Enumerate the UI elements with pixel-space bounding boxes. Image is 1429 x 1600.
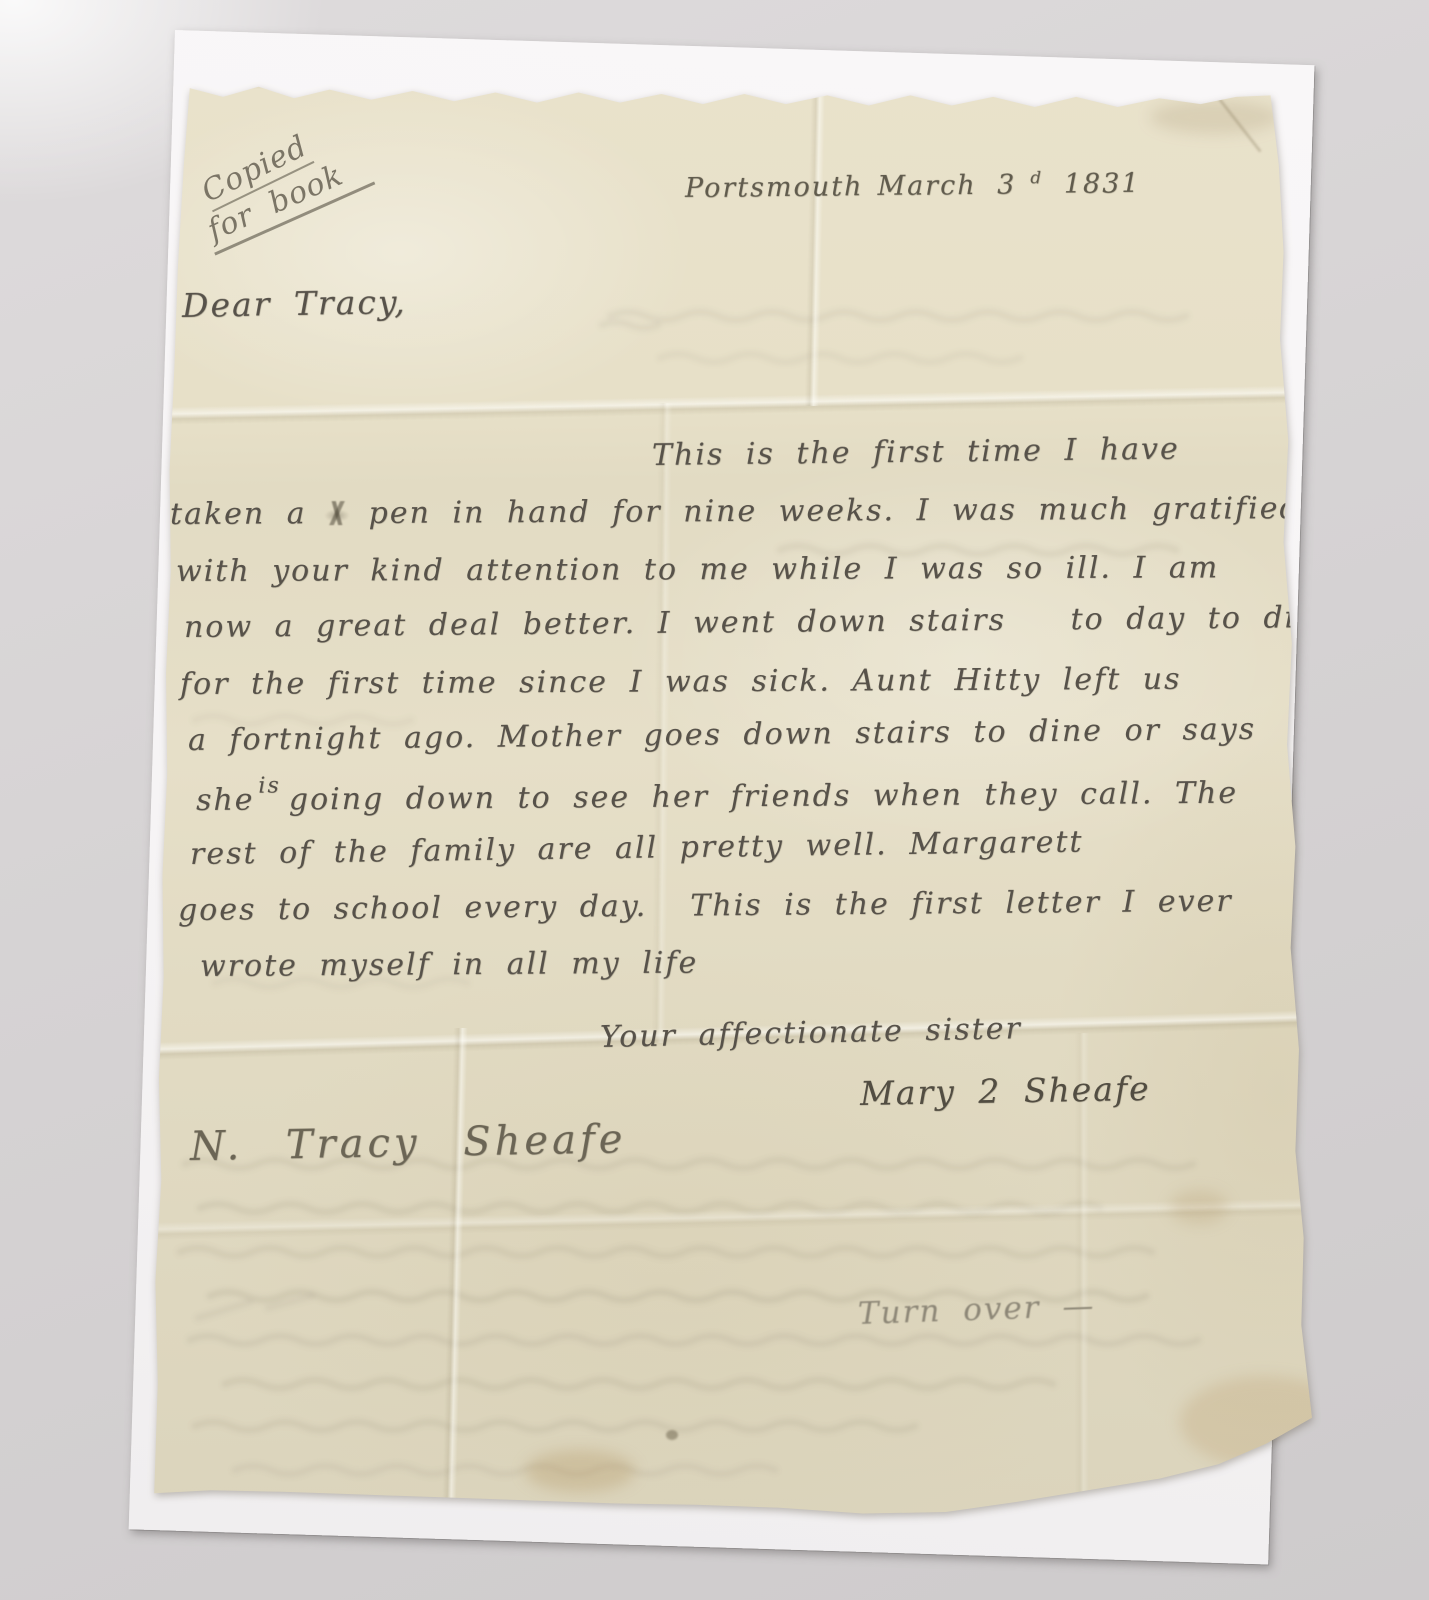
paper-edge-shading <box>140 78 1325 1528</box>
photo-backdrop: Copied for book PortsmouthMarch 3d 1831 … <box>0 0 1429 1600</box>
letter-paper: Copied for book PortsmouthMarch 3d 1831 … <box>140 78 1325 1528</box>
paper-sheet: Copied for book PortsmouthMarch 3d 1831 … <box>140 78 1325 1528</box>
